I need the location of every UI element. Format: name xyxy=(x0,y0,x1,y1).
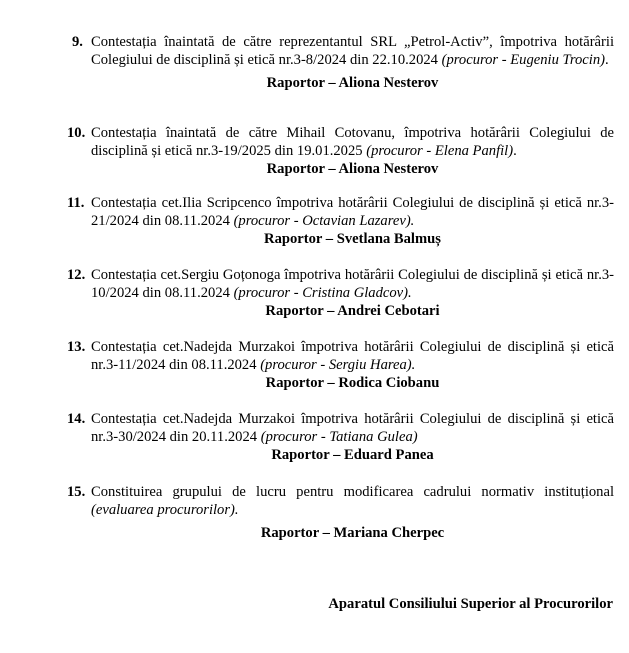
item-prosecutor: (procuror - Elena Panfil) xyxy=(366,143,513,159)
agenda-item-13: 13. Contestația cet.Nadejda Murzakoi împ… xyxy=(67,338,614,392)
item-number: 13. xyxy=(67,338,91,356)
item-number: 14. xyxy=(67,410,91,428)
item-prosecutor: (procuror - Tatiana Gulea) xyxy=(261,429,418,445)
item-prosecutor: (evaluarea procurorilor). xyxy=(91,502,239,518)
item-prosecutor: (procuror - Cristina Gladcov). xyxy=(234,285,412,301)
item-number: 12. xyxy=(67,266,91,284)
item-number: 10. xyxy=(67,124,91,142)
item-rapporteur: Raportor – Andrei Cebotari xyxy=(67,302,614,320)
agenda-item-14: 14. Contestația cet.Nadejda Murzakoi împ… xyxy=(67,410,614,464)
item-text: Contestația înaintată de către Mihail Co… xyxy=(91,125,614,159)
item-trailing: . xyxy=(605,52,609,68)
item-trailing: . xyxy=(513,143,517,159)
item-rapporteur: Raportor – Rodica Ciobanu xyxy=(67,374,614,392)
footer-signature: Aparatul Consiliului Superior al Procuro… xyxy=(328,595,613,613)
item-rapporteur: Raportor – Aliona Nesterov xyxy=(67,74,614,92)
item-number: 15. xyxy=(67,483,91,501)
agenda-item-11: 11. Contestația cet.Ilia Scripcenco împo… xyxy=(67,194,614,248)
item-prosecutor: (procuror - Sergiu Harea). xyxy=(260,357,415,373)
item-rapporteur: Raportor – Svetlana Balmuș xyxy=(67,230,614,248)
item-text: Constituirea grupului de lucru pentru mo… xyxy=(91,484,614,500)
item-rapporteur: Raportor – Aliona Nesterov xyxy=(67,160,614,178)
item-number: 9. xyxy=(72,33,96,51)
item-number: 11. xyxy=(67,194,91,212)
agenda-item-9: 9. Contestația înaintată de către reprez… xyxy=(67,33,614,92)
document-page: 9. Contestația înaintată de către reprez… xyxy=(0,0,629,653)
item-prosecutor: (procuror - Eugeniu Trocin) xyxy=(442,52,605,68)
item-prosecutor: (procuror - Octavian Lazarev). xyxy=(234,213,415,229)
item-rapporteur: Raportor – Mariana Cherpec xyxy=(67,524,614,542)
agenda-item-10: 10. Contestația înaintată de către Mihai… xyxy=(67,124,614,178)
item-rapporteur: Raportor – Eduard Panea xyxy=(67,446,614,464)
agenda-item-15: 15. Constituirea grupului de lucru pentr… xyxy=(67,483,614,542)
agenda-item-12: 12. Contestația cet.Sergiu Goțonoga împo… xyxy=(67,266,614,320)
